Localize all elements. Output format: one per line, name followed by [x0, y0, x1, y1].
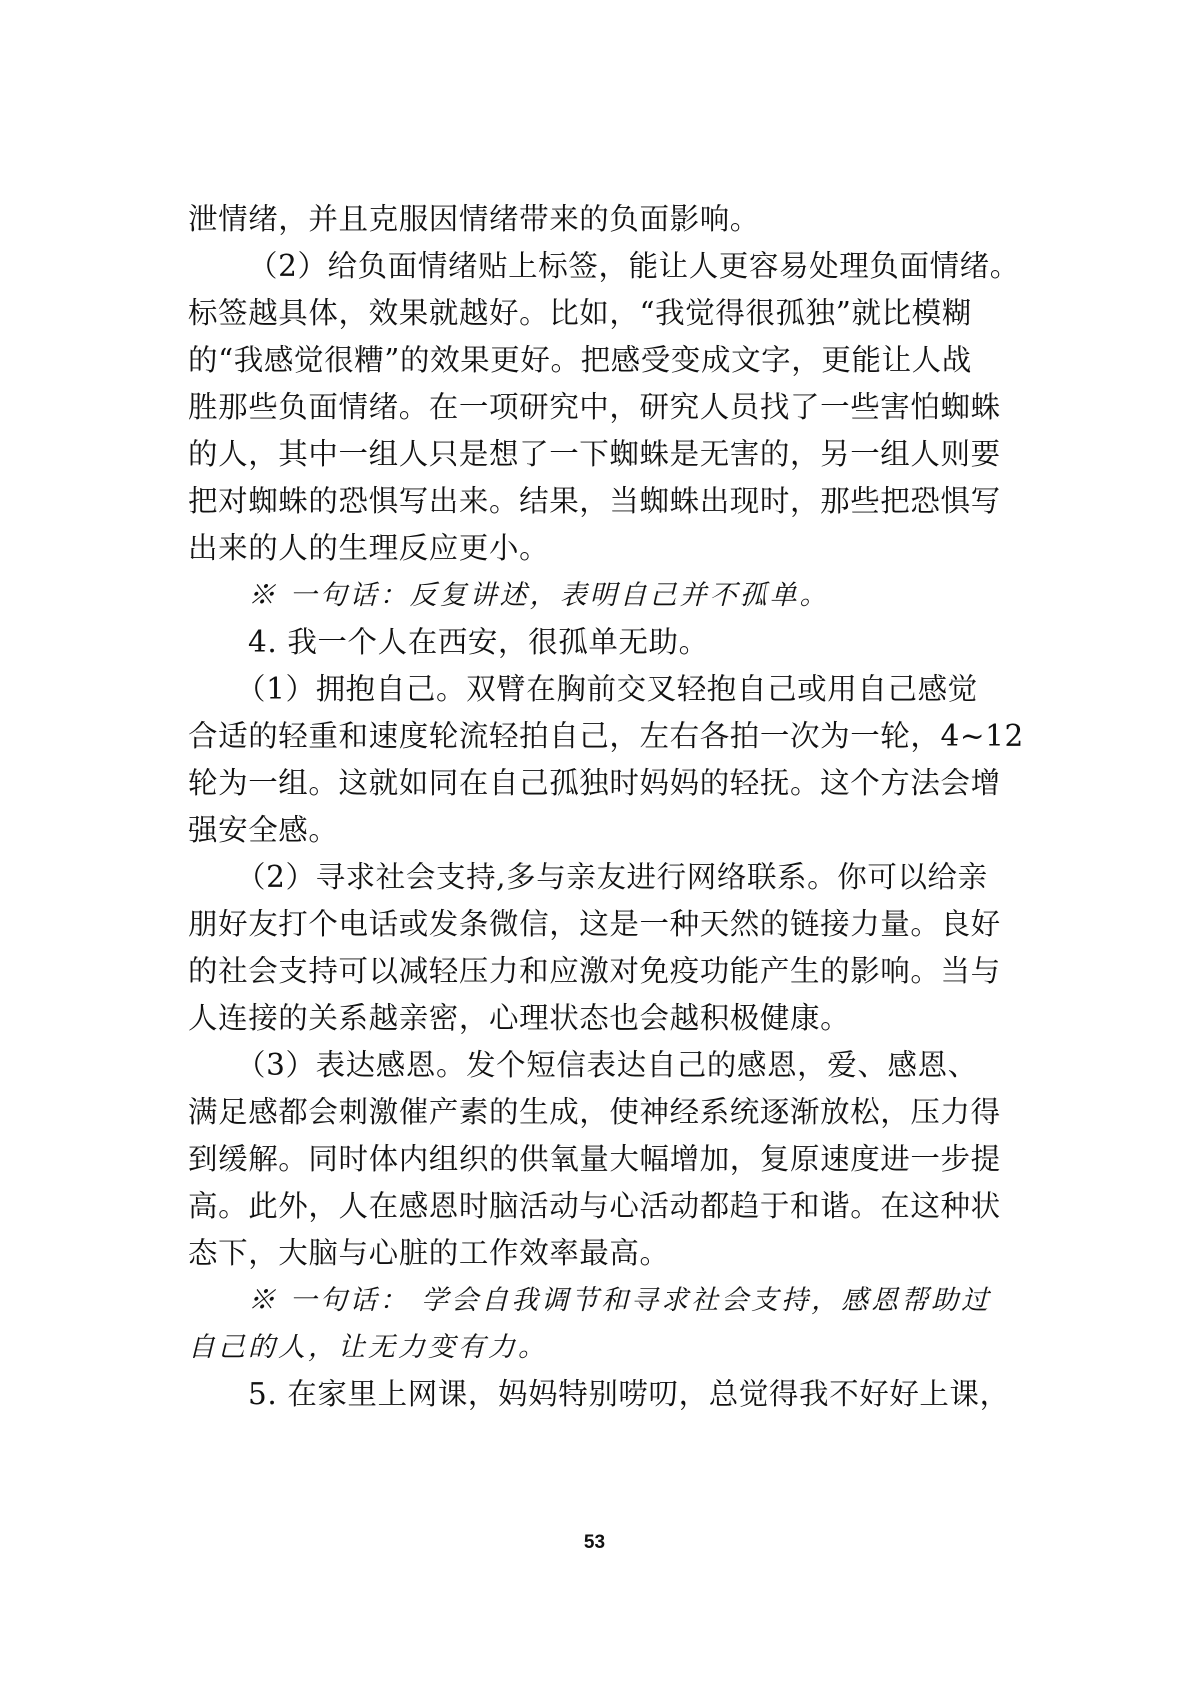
text-line: 把对蜘蛛的恐惧写出来。结果，当蜘蛛出现时，那些把恐惧写	[188, 478, 924, 525]
text-line: 合适的轻重和速度轮流轻拍自己，左右各拍一次为一轮，4~12	[188, 713, 924, 760]
text-line: 出来的人的生理反应更小。	[188, 525, 924, 572]
text-line: 高。此外，人在感恩时脑活动与心活动都趋于和谐。在这种状	[188, 1183, 924, 1230]
summary-line: ※ 一句话： 学会自我调节和寻求社会支持，感恩帮助过	[188, 1277, 924, 1324]
page-number: 53	[0, 1532, 1189, 1554]
text-line: 轮为一组。这就如同在自己孤独时妈妈的轻抚。这个方法会增	[188, 760, 924, 807]
text-line: 到缓解。同时体内组织的供氧量大幅增加，复原速度进一步提	[188, 1136, 924, 1183]
text-line: 的人，其中一组人只是想了一下蜘蛛是无害的，另一组人则要	[188, 431, 924, 478]
text-line: 满足感都会刺激催产素的生成，使神经系统逐渐放松，压力得	[188, 1089, 924, 1136]
text-line: 态下，大脑与心脏的工作效率最高。	[188, 1230, 924, 1277]
text-line: （1）拥抱自己。双臂在胸前交叉轻抱自己或用自己感觉	[188, 666, 924, 713]
text-line: 泄情绪，并且克服因情绪带来的负面影响。	[188, 196, 924, 243]
section-heading: 5. 在家里上网课，妈妈特别唠叨，总觉得我不好好上课，	[188, 1371, 924, 1418]
text-line: （2）寻求社会支持,多与亲友进行网络联系。你可以给亲	[188, 854, 924, 901]
text-line: 标签越具体，效果就越好。比如，“我觉得很孤独”就比模糊	[188, 290, 924, 337]
text-line: 朋好友打个电话或发条微信，这是一种天然的链接力量。良好	[188, 901, 924, 948]
section-heading: 4. 我一个人在西安，很孤单无助。	[188, 619, 924, 666]
summary-line: 自己的人，让无力变有力。	[188, 1324, 924, 1371]
text-line: （3）表达感恩。发个短信表达自己的感恩，爱、感恩、	[188, 1042, 924, 1089]
text-line: 胜那些负面情绪。在一项研究中，研究人员找了一些害怕蜘蛛	[188, 384, 924, 431]
text-line: （2）给负面情绪贴上标签，能让人更容易处理负面情绪。	[188, 243, 924, 290]
text-line: 人连接的关系越亲密，心理状态也会越积极健康。	[188, 995, 924, 1042]
text-line: 的社会支持可以减轻压力和应激对免疫功能产生的影响。当与	[188, 948, 924, 995]
text-line: 强安全感。	[188, 807, 924, 854]
document-page-body: 泄情绪，并且克服因情绪带来的负面影响。 （2）给负面情绪贴上标签，能让人更容易处…	[188, 196, 924, 1418]
summary-line: ※ 一句话：反复讲述，表明自己并不孤单。	[188, 572, 924, 619]
text-line: 的“我感觉很糟”的效果更好。把感受变成文字，更能让人战	[188, 337, 924, 384]
